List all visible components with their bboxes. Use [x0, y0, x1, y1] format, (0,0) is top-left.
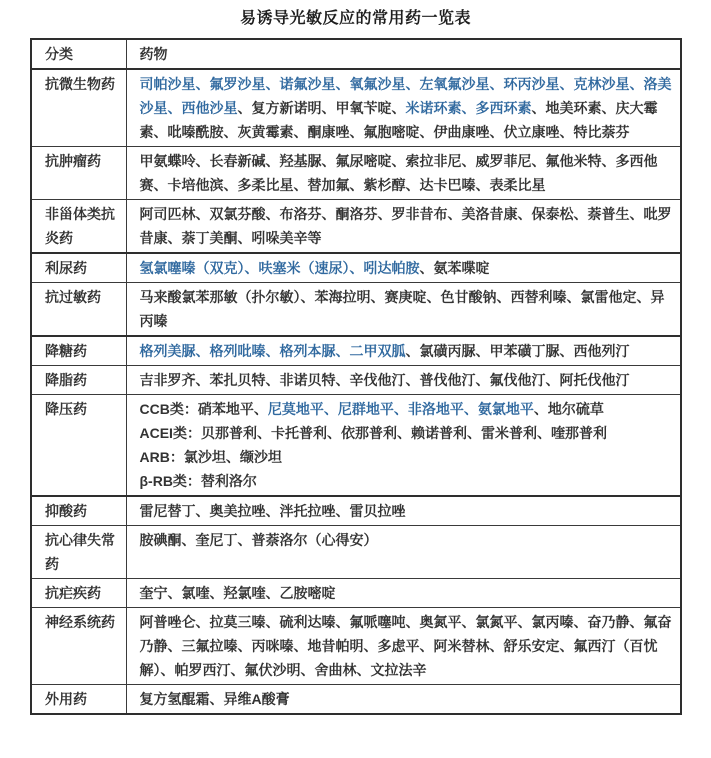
drug-names-highlighted: 尼莫地平、尼群地平、非洛地平、氨氯地平: [268, 401, 534, 417]
drugs-cell: 司帕沙星、氟罗沙星、诺氟沙星、氧氟沙星、左氧氟沙星、环丙沙星、克林沙星、洛美沙星…: [126, 69, 681, 147]
category-cell: 非甾体类抗炎药: [31, 200, 126, 254]
drugs-cell: 氢氯噻嗪（双克）、呋塞米（速尿）、吲达帕胺、氨苯喋啶: [126, 253, 681, 283]
drugs-cell: 奎宁、氯喹、羟氯喹、乙胺嘧啶: [126, 579, 681, 608]
drugs-cell: 胺碘酮、奎尼丁、普萘洛尔（心得安）: [126, 526, 681, 579]
drugs-cell: CCB类：硝苯地平、尼莫地平、尼群地平、非洛地平、氨氯地平、地尔硫草ACEI类：…: [126, 395, 681, 497]
drugs-cell: 格列美脲、格列吡嗪、格列本脲、二甲双胍、氯磺丙脲、甲苯磺丁脲、西他列汀: [126, 336, 681, 366]
table-row: 抗疟疾药奎宁、氯喹、羟氯喹、乙胺嘧啶: [31, 579, 681, 608]
table-header: 分类 药物: [31, 39, 681, 69]
category-cell: 神经系统药: [31, 608, 126, 685]
drug-names: 阿司匹林、双氯芬酸、布洛芬、酮洛芬、罗非昔布、美洛昔康、保泰松、萘普生、吡罗昔康…: [140, 206, 672, 246]
category-cell: 抗过敏药: [31, 283, 126, 337]
drug-line: β-RB类：替利洛尔: [140, 469, 673, 493]
table-row: 抗过敏药马来酸氯苯那敏（扑尔敏）、苯海拉明、赛庚啶、色甘酸钠、西替利嗪、氯雷他定…: [31, 283, 681, 337]
drug-names: β-RB类：替利洛尔: [140, 473, 257, 489]
table-row: 非甾体类抗炎药阿司匹林、双氯芬酸、布洛芬、酮洛芬、罗非昔布、美洛昔康、保泰松、萘…: [31, 200, 681, 254]
drug-line: 奎宁、氯喹、羟氯喹、乙胺嘧啶: [140, 581, 673, 605]
drugs-cell: 阿普唑仑、拉莫三嗪、硫利达嗪、氟哌噻吨、奥氮平、氯氮平、氯丙嗪、奋乃静、氟奋乃静…: [126, 608, 681, 685]
drug-names: CCB类：硝苯地平、: [140, 401, 268, 417]
table-row: 利尿药氢氯噻嗪（双克）、呋塞米（速尿）、吲达帕胺、氨苯喋啶: [31, 253, 681, 283]
drug-line: CCB类：硝苯地平、尼莫地平、尼群地平、非洛地平、氨氯地平、地尔硫草: [140, 397, 673, 421]
drug-line: ARB：氯沙坦、缬沙坦: [140, 445, 673, 469]
drug-line: 阿普唑仑、拉莫三嗪、硫利达嗪、氟哌噻吨、奥氮平、氯氮平、氯丙嗪、奋乃静、氟奋乃静…: [140, 610, 673, 682]
category-cell: 外用药: [31, 685, 126, 715]
table-row: 抗微生物药司帕沙星、氟罗沙星、诺氟沙星、氧氟沙星、左氧氟沙星、环丙沙星、克林沙星…: [31, 69, 681, 147]
drug-names: 、氨苯喋啶: [420, 260, 490, 276]
drug-names: 马来酸氯苯那敏（扑尔敏）、苯海拉明、赛庚啶、色甘酸钠、西替利嗪、氯雷他定、异丙嗪: [140, 289, 665, 329]
drug-line: 雷尼替丁、奥美拉唑、泮托拉唑、雷贝拉唑: [140, 499, 673, 523]
category-cell: 抗肿瘤药: [31, 147, 126, 200]
drug-names: 甲氨蝶呤、长春新碱、羟基脲、氟尿嘧啶、索拉非尼、威罗菲尼、氟他米特、多西他赛、卡…: [140, 153, 658, 193]
drug-line: 马来酸氯苯那敏（扑尔敏）、苯海拉明、赛庚啶、色甘酸钠、西替利嗪、氯雷他定、异丙嗪: [140, 285, 673, 333]
drug-line: 格列美脲、格列吡嗪、格列本脲、二甲双胍、氯磺丙脲、甲苯磺丁脲、西他列汀: [140, 339, 673, 363]
drug-names: 奎宁、氯喹、羟氯喹、乙胺嘧啶: [140, 585, 336, 601]
table-row: 外用药复方氢醌霜、异维A酸膏: [31, 685, 681, 715]
category-cell: 降糖药: [31, 336, 126, 366]
drug-line: 胺碘酮、奎尼丁、普萘洛尔（心得安）: [140, 528, 673, 552]
drug-names: ACEI类：贝那普利、卡托普利、依那普利、赖诺普利、雷米普利、喹那普利: [140, 425, 607, 441]
drug-names-highlighted: 格列美脲、格列吡嗪、格列本脲、二甲双胍: [140, 343, 406, 359]
drug-names-highlighted: 氢氯噻嗪（双克）、呋塞米（速尿）、吲达帕胺: [140, 260, 420, 276]
drug-names: 复方氢醌霜、异维A酸膏: [140, 691, 290, 707]
drug-line: 吉非罗齐、苯扎贝特、非诺贝特、辛伐他汀、普伐他汀、氟伐他汀、阿托伐他汀: [140, 368, 673, 392]
column-header-drugs: 药物: [126, 39, 681, 69]
category-cell: 抗微生物药: [31, 69, 126, 147]
document-page: 易诱导光敏反应的常用药一览表 分类 药物 抗微生物药司帕沙星、氟罗沙星、诺氟沙星…: [0, 0, 711, 758]
table-row: 降糖药格列美脲、格列吡嗪、格列本脲、二甲双胍、氯磺丙脲、甲苯磺丁脲、西他列汀: [31, 336, 681, 366]
table-header-row: 分类 药物: [31, 39, 681, 69]
table-body: 抗微生物药司帕沙星、氟罗沙星、诺氟沙星、氧氟沙星、左氧氟沙星、环丙沙星、克林沙星…: [31, 69, 681, 714]
column-header-category: 分类: [31, 39, 126, 69]
drug-table: 分类 药物 抗微生物药司帕沙星、氟罗沙星、诺氟沙星、氧氟沙星、左氧氟沙星、环丙沙…: [30, 38, 682, 715]
drug-names: 雷尼替丁、奥美拉唑、泮托拉唑、雷贝拉唑: [140, 503, 406, 519]
drugs-cell: 马来酸氯苯那敏（扑尔敏）、苯海拉明、赛庚啶、色甘酸钠、西替利嗪、氯雷他定、异丙嗪: [126, 283, 681, 337]
drug-names: 、氯磺丙脲、甲苯磺丁脲、西他列汀: [406, 343, 630, 359]
drug-names: 阿普唑仑、拉莫三嗪、硫利达嗪、氟哌噻吨、奥氮平、氯氮平、氯丙嗪、奋乃静、氟奋乃静…: [140, 614, 672, 678]
drug-names: 、复方新诺明、甲氧苄啶、: [238, 100, 406, 116]
drug-line: 氢氯噻嗪（双克）、呋塞米（速尿）、吲达帕胺、氨苯喋啶: [140, 256, 673, 280]
drugs-cell: 阿司匹林、双氯芬酸、布洛芬、酮洛芬、罗非昔布、美洛昔康、保泰松、萘普生、吡罗昔康…: [126, 200, 681, 254]
drug-line: 阿司匹林、双氯芬酸、布洛芬、酮洛芬、罗非昔布、美洛昔康、保泰松、萘普生、吡罗昔康…: [140, 202, 673, 250]
drug-names: 胺碘酮、奎尼丁、普萘洛尔（心得安）: [140, 532, 378, 548]
table-row: 降压药CCB类：硝苯地平、尼莫地平、尼群地平、非洛地平、氨氯地平、地尔硫草ACE…: [31, 395, 681, 497]
drug-line: ACEI类：贝那普利、卡托普利、依那普利、赖诺普利、雷米普利、喹那普利: [140, 421, 673, 445]
drugs-cell: 吉非罗齐、苯扎贝特、非诺贝特、辛伐他汀、普伐他汀、氟伐他汀、阿托伐他汀: [126, 366, 681, 395]
category-cell: 降脂药: [31, 366, 126, 395]
category-cell: 降压药: [31, 395, 126, 497]
drugs-cell: 雷尼替丁、奥美拉唑、泮托拉唑、雷贝拉唑: [126, 496, 681, 526]
drug-names: 、地尔硫草: [534, 401, 604, 417]
drug-line: 复方氢醌霜、异维A酸膏: [140, 687, 673, 711]
drug-line: 甲氨蝶呤、长春新碱、羟基脲、氟尿嘧啶、索拉非尼、威罗菲尼、氟他米特、多西他赛、卡…: [140, 149, 673, 197]
table-row: 抗肿瘤药甲氨蝶呤、长春新碱、羟基脲、氟尿嘧啶、索拉非尼、威罗菲尼、氟他米特、多西…: [31, 147, 681, 200]
table-row: 抑酸药雷尼替丁、奥美拉唑、泮托拉唑、雷贝拉唑: [31, 496, 681, 526]
page-title: 易诱导光敏反应的常用药一览表: [0, 8, 711, 30]
category-cell: 抑酸药: [31, 496, 126, 526]
table-row: 抗心律失常药胺碘酮、奎尼丁、普萘洛尔（心得安）: [31, 526, 681, 579]
drug-names-highlighted: 米诺环素、多西环素: [406, 100, 532, 116]
drug-names: 吉非罗齐、苯扎贝特、非诺贝特、辛伐他汀、普伐他汀、氟伐他汀、阿托伐他汀: [140, 372, 630, 388]
category-cell: 利尿药: [31, 253, 126, 283]
category-cell: 抗疟疾药: [31, 579, 126, 608]
table-row: 神经系统药阿普唑仑、拉莫三嗪、硫利达嗪、氟哌噻吨、奥氮平、氯氮平、氯丙嗪、奋乃静…: [31, 608, 681, 685]
drugs-cell: 甲氨蝶呤、长春新碱、羟基脲、氟尿嘧啶、索拉非尼、威罗菲尼、氟他米特、多西他赛、卡…: [126, 147, 681, 200]
table-row: 降脂药吉非罗齐、苯扎贝特、非诺贝特、辛伐他汀、普伐他汀、氟伐他汀、阿托伐他汀: [31, 366, 681, 395]
drug-names: ARB：氯沙坦、缬沙坦: [140, 449, 282, 465]
drugs-cell: 复方氢醌霜、异维A酸膏: [126, 685, 681, 715]
category-cell: 抗心律失常药: [31, 526, 126, 579]
drug-line: 司帕沙星、氟罗沙星、诺氟沙星、氧氟沙星、左氧氟沙星、环丙沙星、克林沙星、洛美沙星…: [140, 72, 673, 144]
